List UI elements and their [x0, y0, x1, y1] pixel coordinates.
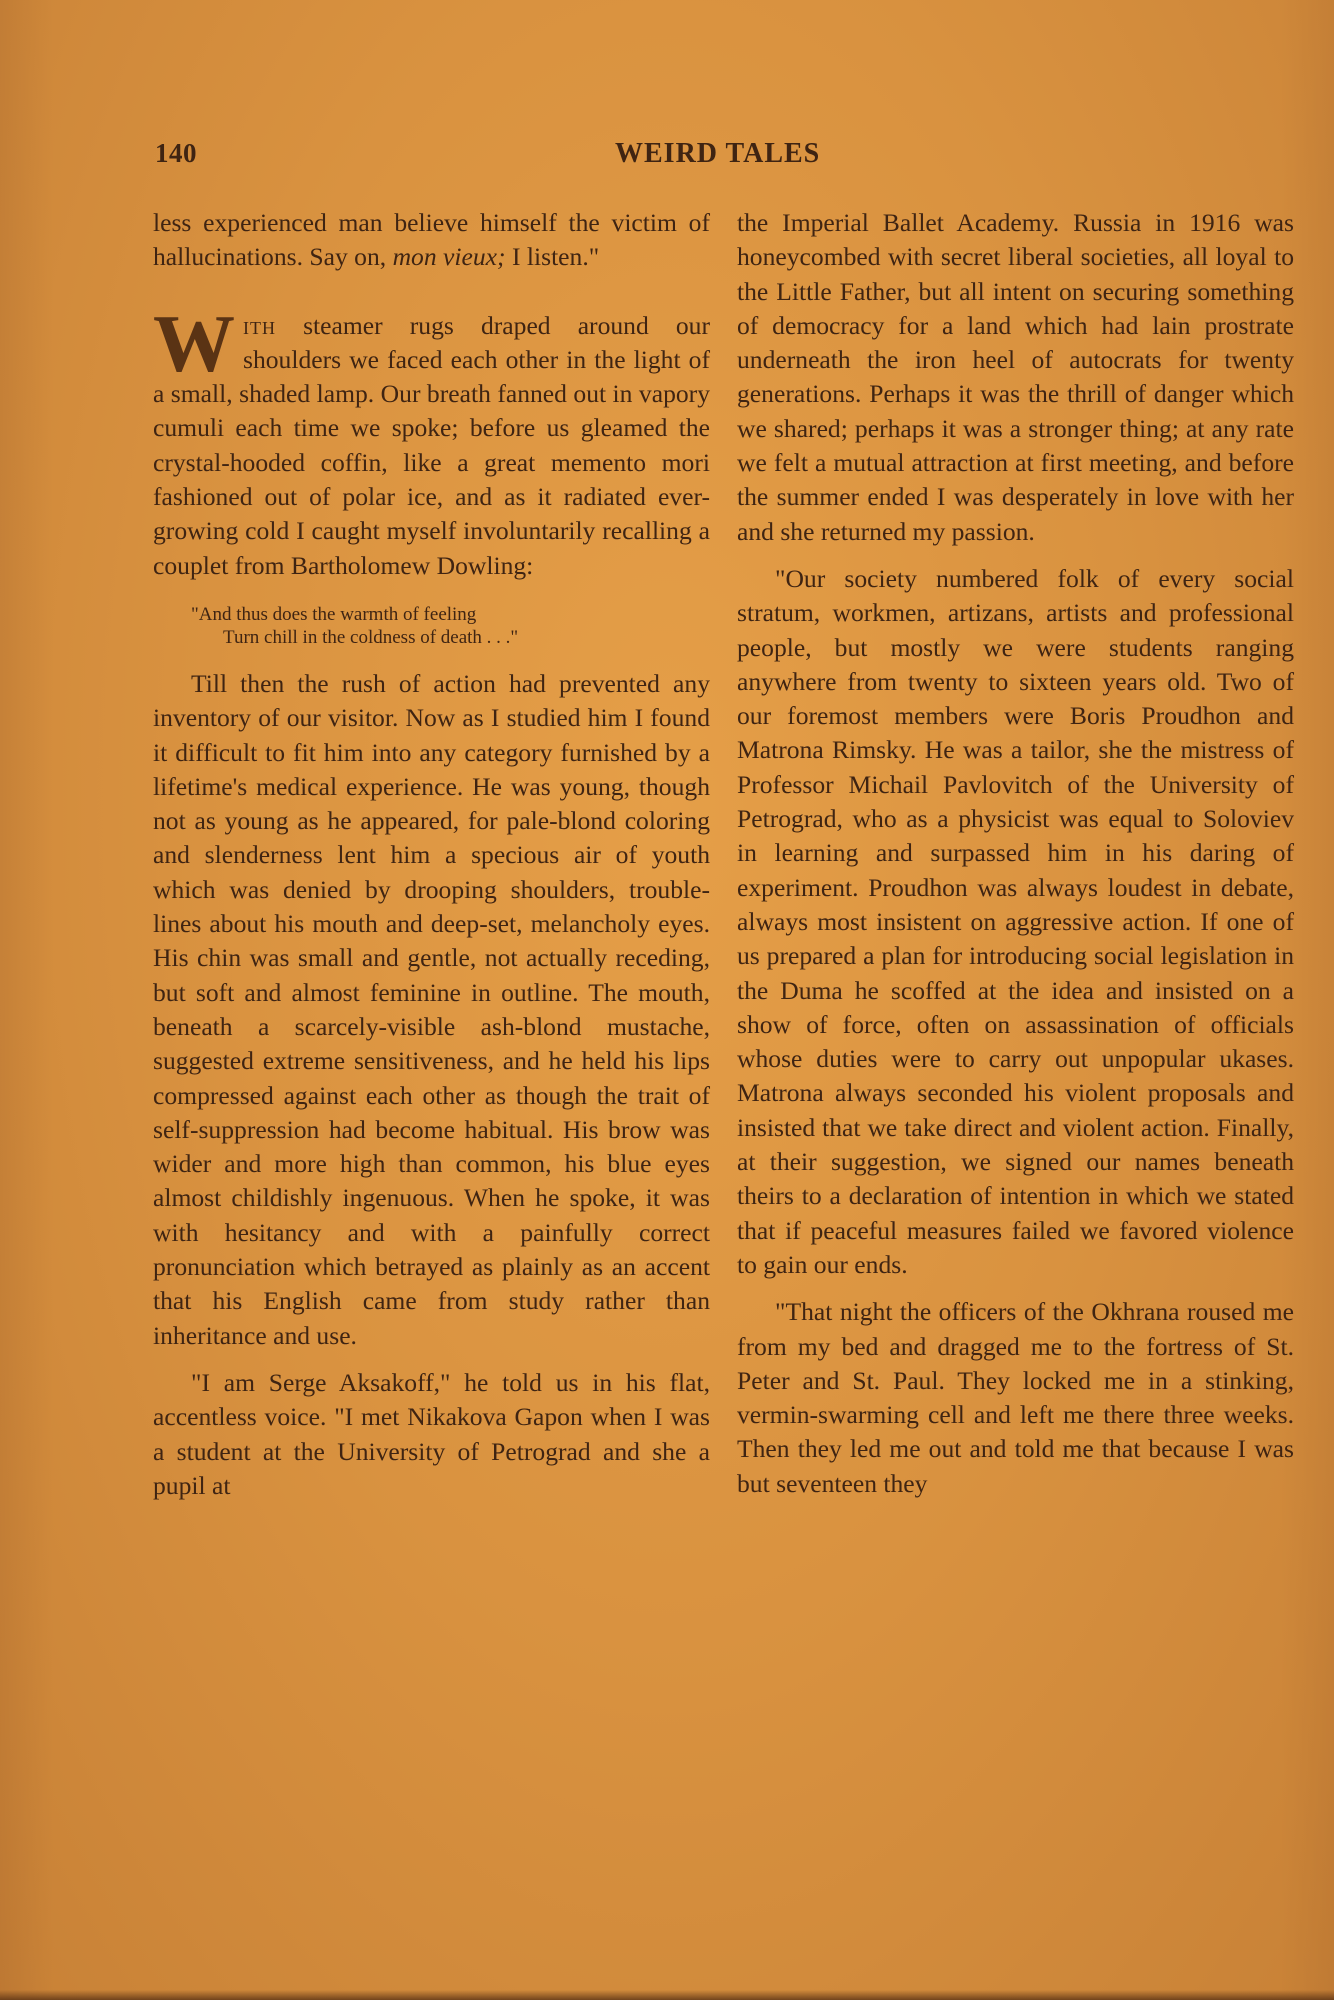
- left-column: less experienced man believe himself the…: [153, 206, 710, 1503]
- page-number: 140: [155, 138, 197, 169]
- paragraph: Till then the rush of action had prevent…: [153, 667, 710, 1353]
- section-opening-paragraph: With steamer rugs draped around our shou…: [153, 309, 710, 583]
- paragraph: "Our society numbered folk of every soci…: [737, 562, 1294, 1282]
- paragraph-text: steamer rugs draped around our shoulders…: [153, 311, 710, 580]
- paragraph: the Imperial Ballet Academy. Russia in 1…: [737, 206, 1294, 549]
- paragraph: "That night the officers of the Okhrana …: [737, 1295, 1294, 1501]
- magazine-title: WEIRD TALES: [615, 138, 820, 170]
- paragraph: "I am Serge Aksakoff," he told us in his…: [153, 1366, 710, 1503]
- verse-line: "And thus does the warmth of feeling: [191, 603, 710, 626]
- paragraph-text: I listen.": [506, 242, 600, 271]
- italic-phrase: mon vieux;: [393, 242, 506, 271]
- verse-quote: "And thus does the warmth of feeling Tur…: [191, 603, 710, 649]
- paragraph: less experienced man believe himself the…: [153, 206, 710, 275]
- page-bottom-edge: [0, 1990, 1334, 2000]
- drop-cap: W: [153, 313, 235, 375]
- verse-line: Turn chill in the coldness of death . . …: [191, 626, 710, 649]
- small-caps-lead: ith: [243, 311, 276, 340]
- magazine-page: 140 WEIRD TALES less experienced man bel…: [0, 0, 1334, 2000]
- right-column: the Imperial Ballet Academy. Russia in 1…: [737, 206, 1294, 1501]
- running-head: 140 WEIRD TALES: [155, 138, 1175, 178]
